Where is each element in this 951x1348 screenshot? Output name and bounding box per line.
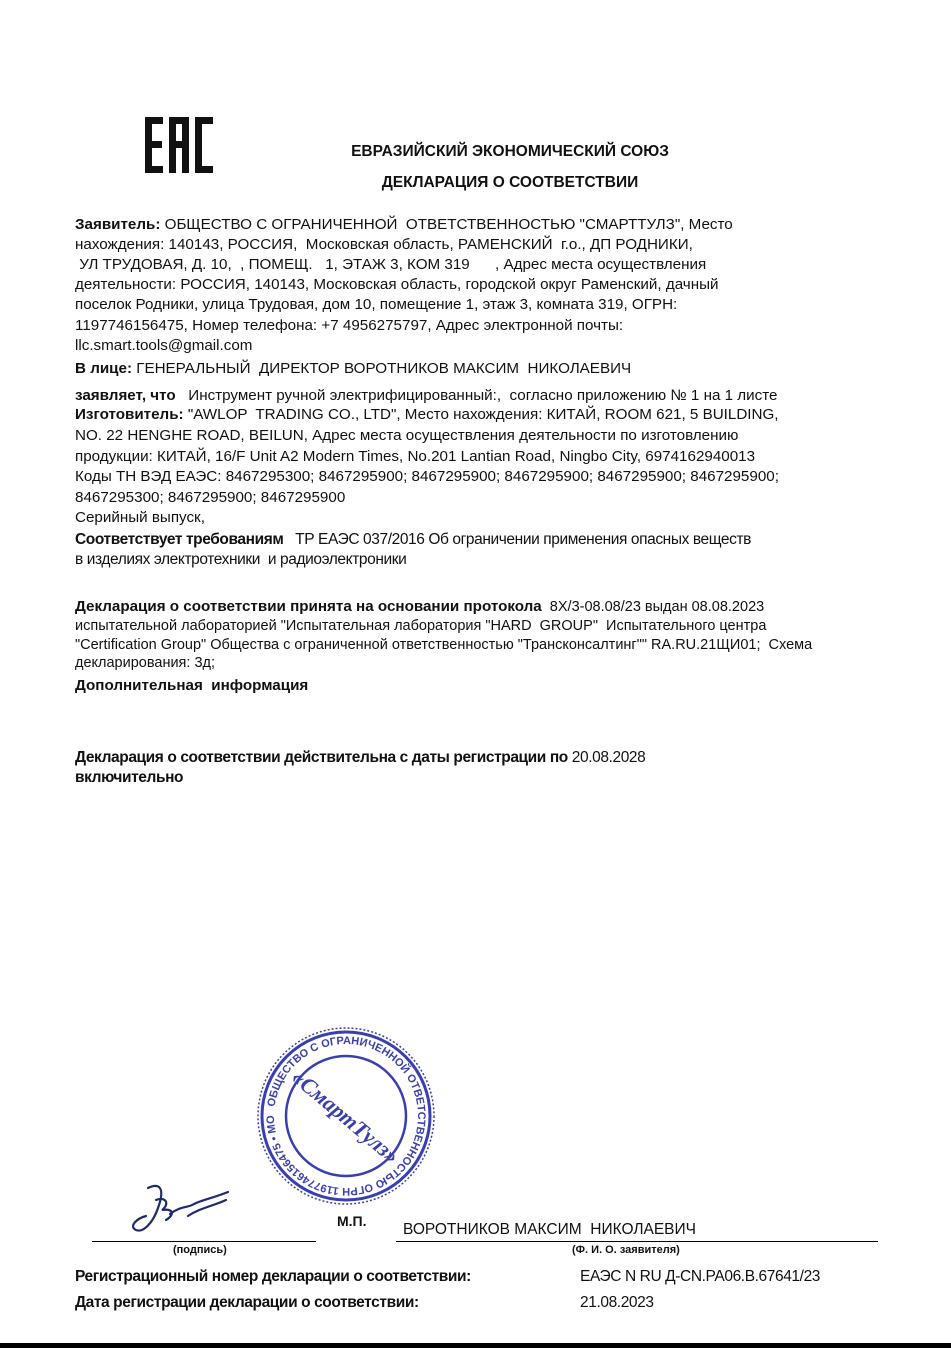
basis-line-1: испытательной лабораторией "Испытательна… xyxy=(75,616,766,636)
applicant-line-2: УЛ ТРУДОВАЯ, Д. 10, , ПОМЕЩ. 1, ЭТАЖ 3, … xyxy=(75,255,706,275)
union-title: ЕВРАЗИЙСКИЙ ЭКОНОМИЧЕСКИЙ СОЮЗ xyxy=(0,143,951,161)
validity-label: Декларация о соответствии действительна … xyxy=(75,749,568,766)
registration-number-value: ЕАЭС N RU Д-CN.РА06.В.67641/23 xyxy=(580,1268,820,1286)
applicant-line-4: поселок Родники, улица Трудовая, дом 10,… xyxy=(75,295,677,315)
basis-line-3: декларирования: 3д; xyxy=(75,653,215,673)
manufacturer-label: Изготовитель: xyxy=(75,406,184,423)
signer-name: ВОРОТНИКОВ МАКСИМ НИКОЛАЕВИЧ xyxy=(403,1221,696,1239)
basis-line-0: Декларация о соответствии принята на осн… xyxy=(75,597,764,617)
registration-number-label: Регистрационный номер декларации о соотв… xyxy=(75,1268,471,1286)
name-caption: (Ф. И. О. заявителя) xyxy=(572,1244,680,1256)
compliance-line-1: в изделиях электротехники и радиоэлектро… xyxy=(75,550,406,570)
manufacturer-line-1: NO. 22 HENGHE ROAD, BEILUN, Адрес места … xyxy=(75,426,738,446)
production-type: Серийный выпуск, xyxy=(75,508,205,528)
applicant-line-0: Заявитель: ОБЩЕСТВО С ОГРАНИЧЕННОЙ ОТВЕТ… xyxy=(75,215,733,235)
validity-line: Декларация о соответствии действительна … xyxy=(75,748,645,768)
basis-label: Декларация о соответствии принята на осн… xyxy=(75,598,542,615)
basis-line-2: "Certification Group" Общества с огранич… xyxy=(75,635,812,655)
declares-label: заявляет, что xyxy=(75,387,176,404)
applicant-email: llc.smart.tools@gmail.com xyxy=(75,336,252,356)
company-stamp-icon: ОБЩЕСТВО С ОГРАНИЧЕННОЙ ОТВЕТСТВЕННОСТЬЮ… xyxy=(255,1025,437,1207)
validity-suffix: включительно xyxy=(75,768,183,788)
compliance-label: Соответствует требованиям xyxy=(75,531,283,548)
represented-by: В лице: ГЕНЕРАЛЬНЫЙ ДИРЕКТОР ВОРОТНИКОВ … xyxy=(75,359,631,379)
tn-ved-line-1: 8467295300; 8467295900; 8467295900 xyxy=(75,488,345,508)
applicant-line-5: 1197746156475, Номер телефона: +7 495627… xyxy=(75,316,623,336)
stamp-mark-label: М.П. xyxy=(337,1213,367,1229)
name-line xyxy=(396,1241,878,1242)
svg-text:«СмартТулз»: «СмартТулз» xyxy=(287,1064,405,1168)
signature-icon xyxy=(118,1178,233,1240)
bottom-border xyxy=(0,1343,951,1348)
additional-info-label: Дополнительная информация xyxy=(75,676,308,696)
represented-by-label: В лице: xyxy=(75,360,132,377)
compliance-line-0: Соответствует требованиям ТР ЕАЭС 037/20… xyxy=(75,530,751,550)
tn-ved-line-0: Коды ТН ВЭД ЕАЭС: 8467295300; 8467295900… xyxy=(75,467,779,487)
declares-line: заявляет, что Инструмент ручной электриф… xyxy=(75,386,777,406)
manufacturer-line-2: продукции: КИТАЙ, 16/F Unit A2 Modern Ti… xyxy=(75,447,755,467)
registration-date-value: 21.08.2023 xyxy=(580,1294,654,1312)
applicant-line-1: нахождения: 140143, РОССИЯ, Московская о… xyxy=(75,235,693,255)
registration-date-label: Дата регистрации декларации о соответств… xyxy=(75,1294,419,1312)
signature-line xyxy=(92,1241,316,1242)
applicant-line-3: деятельности: РОССИЯ, 140143, Московская… xyxy=(75,275,719,295)
signature-caption: (подпись) xyxy=(173,1244,227,1256)
document-title: ДЕКЛАРАЦИЯ О СООТВЕТСТВИИ xyxy=(0,174,951,192)
validity-date: 20.08.2028 xyxy=(568,749,645,766)
manufacturer-line-0: Изготовитель: "AWLOP TRADING CO., LTD", … xyxy=(75,405,779,425)
applicant-label: Заявитель: xyxy=(75,216,160,233)
